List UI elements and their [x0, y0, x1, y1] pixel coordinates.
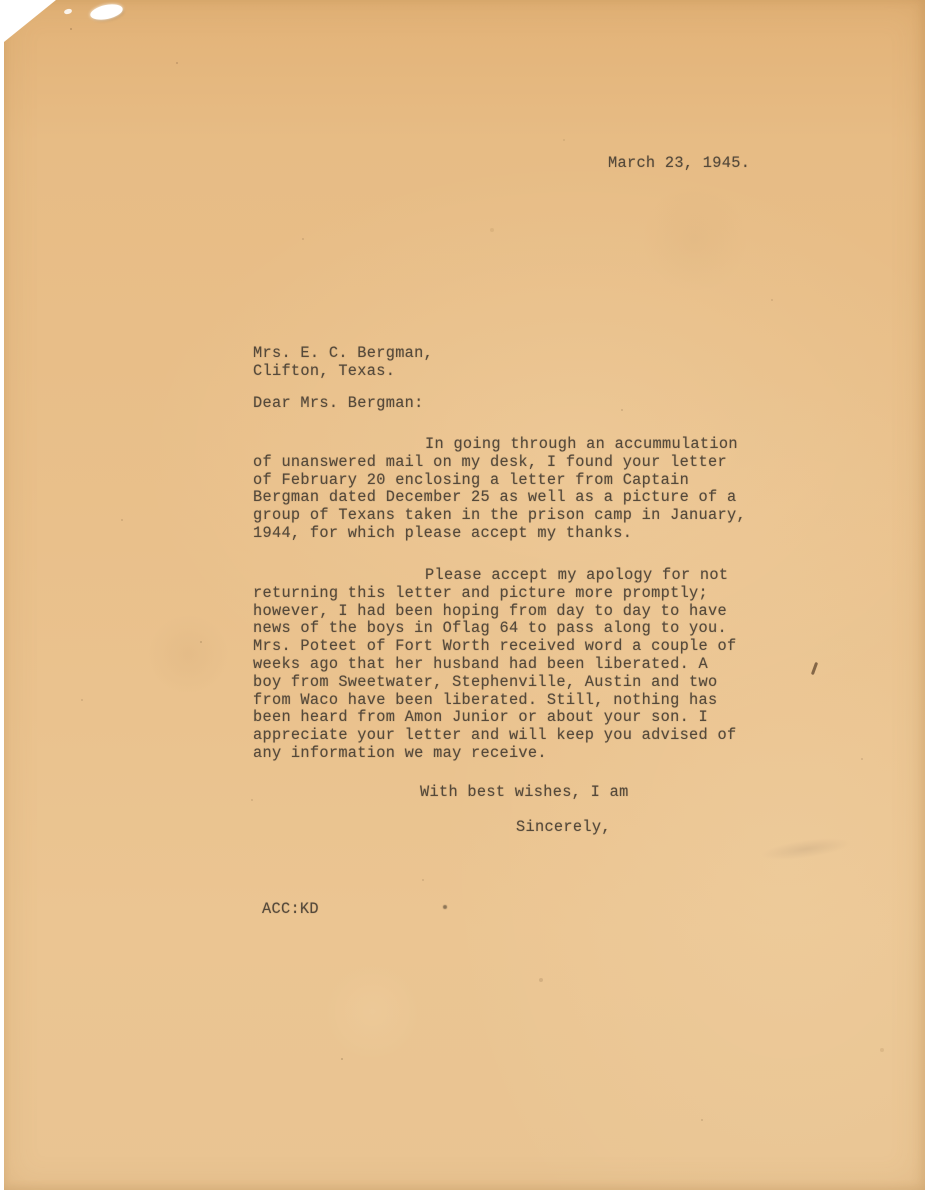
paragraph-2: Please accept my apology for not returni… [253, 567, 761, 763]
dust-specks [4, 0, 6, 2]
letter-text: March 23, 1945. Mrs. E. C. Bergman, Clif… [4, 0, 925, 1190]
signoff: Sincerely, [516, 819, 611, 837]
closing-line: With best wishes, I am [420, 784, 629, 802]
paragraph-1: In going through an accummulation of una… [253, 436, 761, 543]
scanned-letter: March 23, 1945. Mrs. E. C. Bergman, Clif… [0, 0, 930, 1200]
letter-date: March 23, 1945. [608, 155, 750, 173]
paper-sheet: March 23, 1945. Mrs. E. C. Bergman, Clif… [4, 0, 925, 1190]
salutation: Dear Mrs. Bergman: [253, 395, 424, 413]
recipient-address: Mrs. E. C. Bergman, Clifton, Texas. [253, 345, 433, 381]
typist-initials: ACC:KD [262, 901, 319, 919]
